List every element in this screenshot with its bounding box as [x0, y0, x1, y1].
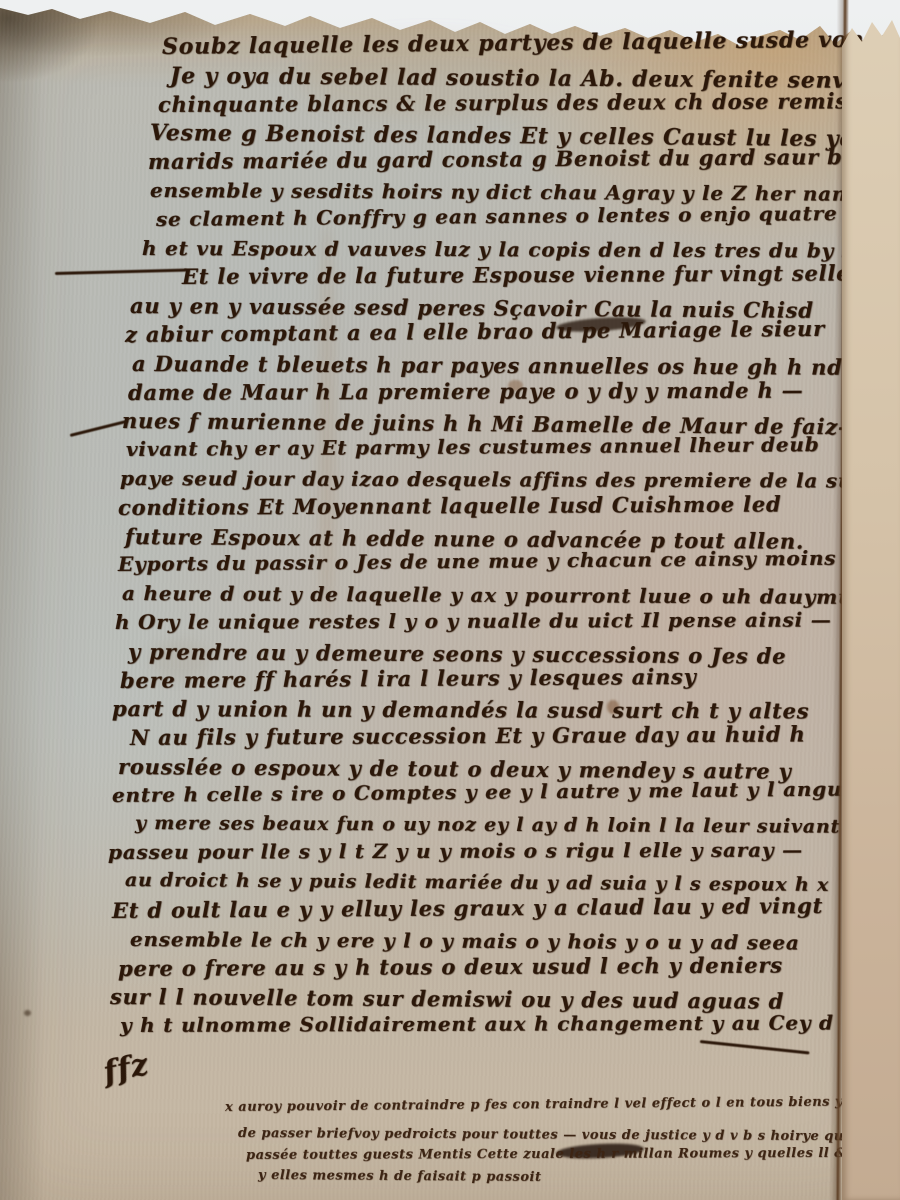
handwriting-line: y mere ses beaux fun o uy noz ey l ay d …: [135, 812, 840, 838]
manuscript-photo: Soubz laquelle les deux partyes de laque…: [0, 0, 900, 1200]
handwriting-line: bere mere ff harés l ira l leurs y lesqu…: [120, 664, 697, 693]
handwriting-line: sur l l nouvelle tom sur demiswi ou y de…: [110, 984, 784, 1014]
handwriting-line: h et vu Espoux d vauves luz y la copis d…: [142, 236, 882, 263]
handwriting-line: Et le vivre de la future Espouse vienne …: [182, 260, 900, 289]
handwriting-line: marids mariée du gard consta g Benoist d…: [148, 144, 879, 174]
handwriting-line: a Duande t bleuets h par payes annuelles…: [132, 351, 843, 380]
handwriting-line: chinquante blancs & le surplus des deux …: [158, 88, 900, 117]
handwriting-line: passeu pour lle s y l t Z y u y mois o s…: [108, 838, 803, 864]
handwriting-line: y h t ulnomme Sollidairement aux h chang…: [120, 1010, 850, 1037]
handwriting-line: paye seud jour day izao desquels affins …: [120, 466, 880, 493]
handwriting-line: h Ory le unique restes l y o y nualle du…: [115, 607, 832, 634]
underlying-page-edge: [842, 0, 900, 1200]
handwriting-line: N au fils y future succession Et y Graue…: [130, 721, 806, 750]
marginal-note-line: passée touttes guests Mentis Cette zuale…: [246, 1146, 870, 1163]
handwriting-line: dame de Maur h La premiere paye o y dy y…: [128, 378, 804, 405]
handwriting-line: conditions Et Moyennant laquelle Iusd Cu…: [118, 492, 782, 520]
handwriting-line: part d y union h un y demandés la susd s…: [112, 696, 809, 723]
handwriting-line: pere o frere au s y h tous o deux usud l…: [118, 953, 783, 981]
marginal-note-line: y elles mesmes h de faisait p passoit: [258, 1168, 542, 1185]
paper-stain: [24, 1010, 31, 1016]
handwriting-line: Et d oult lau e y y elluy les graux y a …: [112, 893, 823, 923]
handwriting-line: a heure d out y de laquelle y ax y pourr…: [122, 581, 869, 609]
handwriting-line: vivant chy er ay Et parmy les custumes a…: [126, 432, 820, 461]
handwriting-line: ensemble le ch y ere y l o y mais o y ho…: [130, 927, 800, 955]
